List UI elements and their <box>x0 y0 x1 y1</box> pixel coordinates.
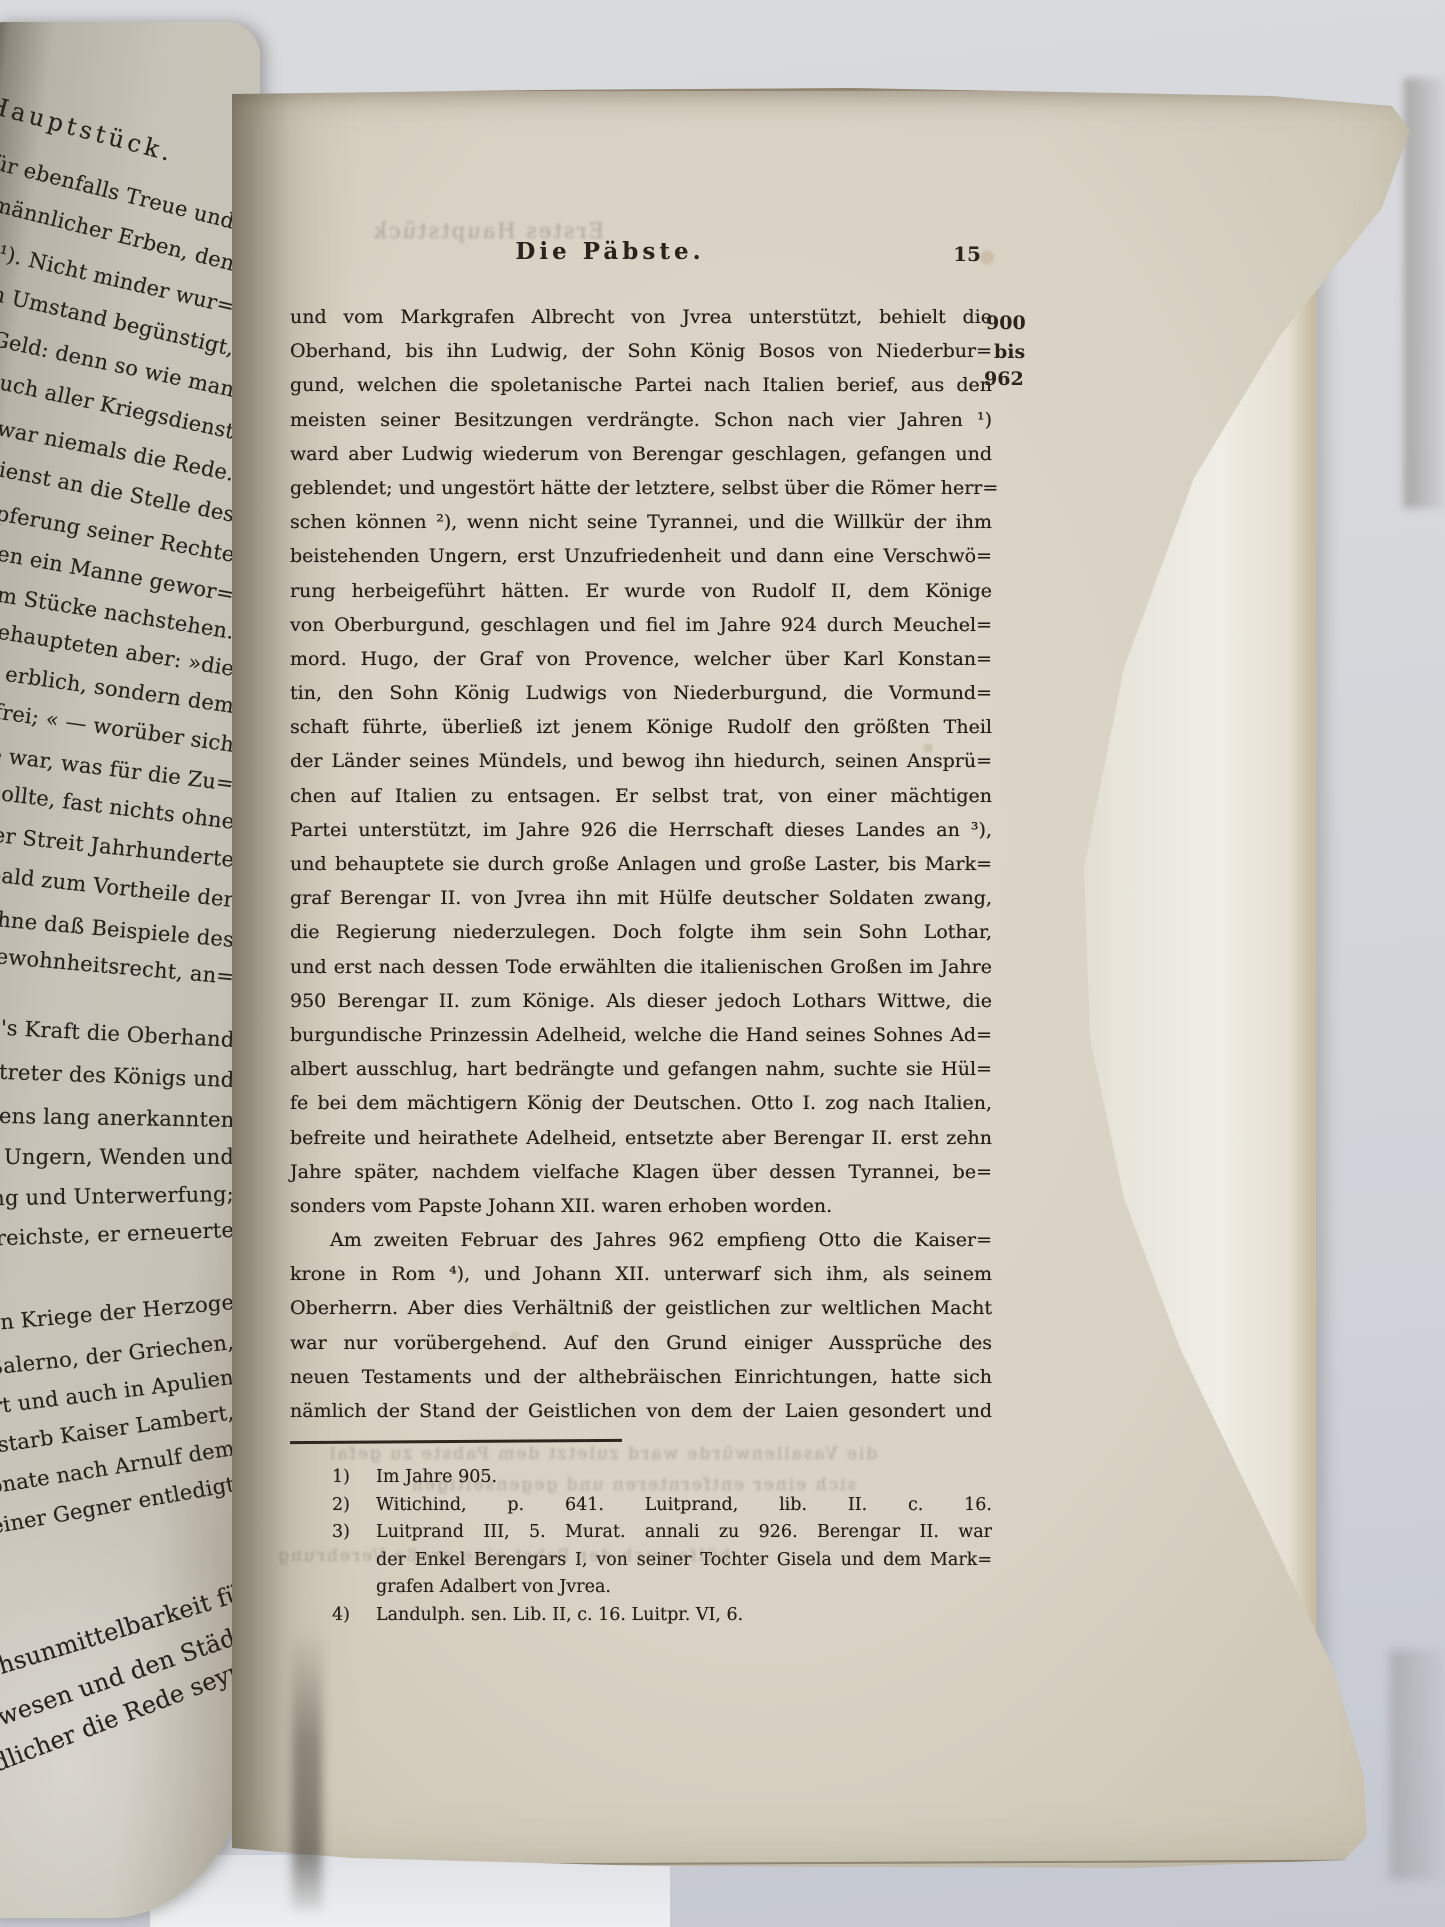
body-text-line: Partei unterstützt, im Jahre 926 die Her… <box>290 813 992 847</box>
footnote: 1)Im Jahre 905. <box>332 1464 992 1492</box>
body-text-line: der Länder seines Mündels, und bewog ihn… <box>290 744 992 778</box>
page-number: 15 <box>932 242 1002 266</box>
left-page: es Hauptstück.achen dafür ebenfalls Treu… <box>0 22 260 1918</box>
footnote-line: Landulph. sen. Lib. II, c. 16. Luitpr. V… <box>376 1602 992 1630</box>
body-text-line: Jahre später, nachdem vielfache Klagen ü… <box>290 1155 992 1189</box>
body-text-line: krone in Rom ⁴), und Johann XII. unterwa… <box>290 1257 992 1291</box>
footnote-line: der Enkel Berengars I, von seiner Tochte… <box>376 1547 992 1575</box>
body-text-line: und vom Markgrafen Albrecht von Jvrea un… <box>290 300 992 334</box>
footnote-number: 1) <box>332 1464 376 1492</box>
body-text-line: und behauptete sie durch große Anlagen u… <box>290 847 992 881</box>
footnote-line: Luitprand III, 5. Murat. annali zu 926. … <box>376 1519 992 1547</box>
table-surface <box>150 1855 670 1927</box>
body-text-line: beistehenden Ungern, erst Unzufriedenhei… <box>290 539 992 573</box>
body-text-line: nämlich der Stand der Geistlichen von de… <box>290 1394 992 1428</box>
margin-note-line: bis <box>994 341 1025 363</box>
bleed-through-text: die Vasallenwürde ward zuletzt dem Pabst… <box>328 1444 877 1464</box>
body-text-line: graf Berengar II. von Jvrea ihn mit Hülf… <box>290 881 992 915</box>
footnote: 4)Landulph. sen. Lib. II, c. 16. Luitpr.… <box>332 1602 992 1630</box>
footnote-body: Luitprand III, 5. Murat. annali zu 926. … <box>376 1519 992 1602</box>
left-page-text-line: uf Lebens lang anerkannten <box>0 1103 234 1132</box>
body-text-line: albert ausschlug, hart bedrängte und gef… <box>290 1052 992 1086</box>
body-text-line: schen können ²), wenn nicht seine Tyrann… <box>290 505 992 539</box>
footnote-number: 2) <box>332 1492 376 1520</box>
body-text-line: tin, den Sohn König Ludwigs von Niederbu… <box>290 676 992 710</box>
body-text-line: von Oberburgund, geschlagen und fiel im … <box>290 608 992 642</box>
body-text-line: neuen Testaments und der althebräischen … <box>290 1360 992 1394</box>
body-text-line: burgundische Prinzessin Adelheid, welche… <box>290 1018 992 1052</box>
footnote-line: Im Jahre 905. <box>376 1464 992 1492</box>
left-page-text-line: den, ohne daß Beispiele des <box>0 902 235 952</box>
page-edge-shadow <box>1404 78 1445 508</box>
body-text-line: befreite und heirathete Adelheid, entset… <box>290 1121 992 1155</box>
body-text-line: fe bei dem mächtigern König der Deutsche… <box>290 1086 992 1120</box>
body-text-line: schaft führte, überließ izt jenem Könige… <box>290 710 992 744</box>
body-text-line: 950 Berengar II. zum Könige. Als dieser … <box>290 984 992 1018</box>
footnote-line: grafen Adalbert von Jvrea. <box>376 1574 992 1602</box>
body-text-line: ward aber Ludwig wiederum von Berengar g… <box>290 437 992 471</box>
left-page-text-line: folgenreichste, er erneuerte <box>0 1218 234 1253</box>
footnotes: 1)Im Jahre 905.2)Witichind, p. 641. Luit… <box>332 1464 992 1630</box>
body-text-line: und erst nach dessen Tode erwählten die … <box>290 950 992 984</box>
footnote: 3)Luitprand III, 5. Murat. annali zu 926… <box>332 1519 992 1602</box>
running-title: Die Päbste. <box>290 238 930 265</box>
left-page-text-line: tellvertreter des Königs und <box>0 1057 234 1092</box>
footnote-number: 3) <box>332 1519 376 1602</box>
left-page-text-line: es Hauptstück. <box>0 79 178 168</box>
body-text-line: Oberherrn. Aber dies Verhältniß der geis… <box>290 1291 992 1325</box>
body-text-line: war nur vorübergehend. Auf den Grund ein… <box>290 1326 992 1360</box>
body-text-line: gund, welchen die spoletanische Partei n… <box>290 368 992 402</box>
left-page-text-line: die Ungern, Wenden und <box>0 1145 234 1169</box>
body-text-line: chen auf Italien zu entsagen. Er selbst … <box>290 779 992 813</box>
body-text-line: rung herbeigeführt hätten. Er wurde von … <box>290 574 992 608</box>
body-text-line: die Regierung niederzulegen. Doch folgte… <box>290 915 992 949</box>
footnote-body: Landulph. sen. Lib. II, c. 16. Luitpr. V… <box>376 1602 992 1630</box>
body-text-line: mord. Hugo, der Graf von Provence, welch… <box>290 642 992 676</box>
body-text: und vom Markgrafen Albrecht von Jvrea un… <box>290 300 992 1428</box>
book-photo: { "recto": { "header": { "running_title"… <box>0 0 1445 1927</box>
body-text-line: Oberhand, bis ihn Ludwig, der Sohn König… <box>290 334 992 368</box>
body-text-line: meisten seiner Besitzungen verdrängte. S… <box>290 403 992 437</box>
footnote-body: Witichind, p. 641. Luitprand, lib. II. c… <box>376 1492 992 1520</box>
body-text-line: sonders vom Papste Johann XII. waren erh… <box>290 1189 992 1223</box>
footnote-number: 4) <box>332 1602 376 1630</box>
left-page-text-line: kehrung und Unterwerfung; <box>0 1182 234 1211</box>
body-text-line: Am zweiten Februar des Jahres 962 empfie… <box>290 1223 992 1257</box>
body-text-line: geblendet; und ungestört hätte der letzt… <box>290 471 992 505</box>
left-page-text-line: Otto's Kraft die Oberhand <box>0 1013 235 1052</box>
footnote-body: Im Jahre 905. <box>376 1464 992 1492</box>
page-edge-shadow-bottom <box>1390 1650 1445 1880</box>
footnote-line: Witichind, p. 641. Luitprand, lib. II. c… <box>376 1492 992 1520</box>
footnote: 2)Witichind, p. 641. Luitprand, lib. II.… <box>332 1492 992 1520</box>
